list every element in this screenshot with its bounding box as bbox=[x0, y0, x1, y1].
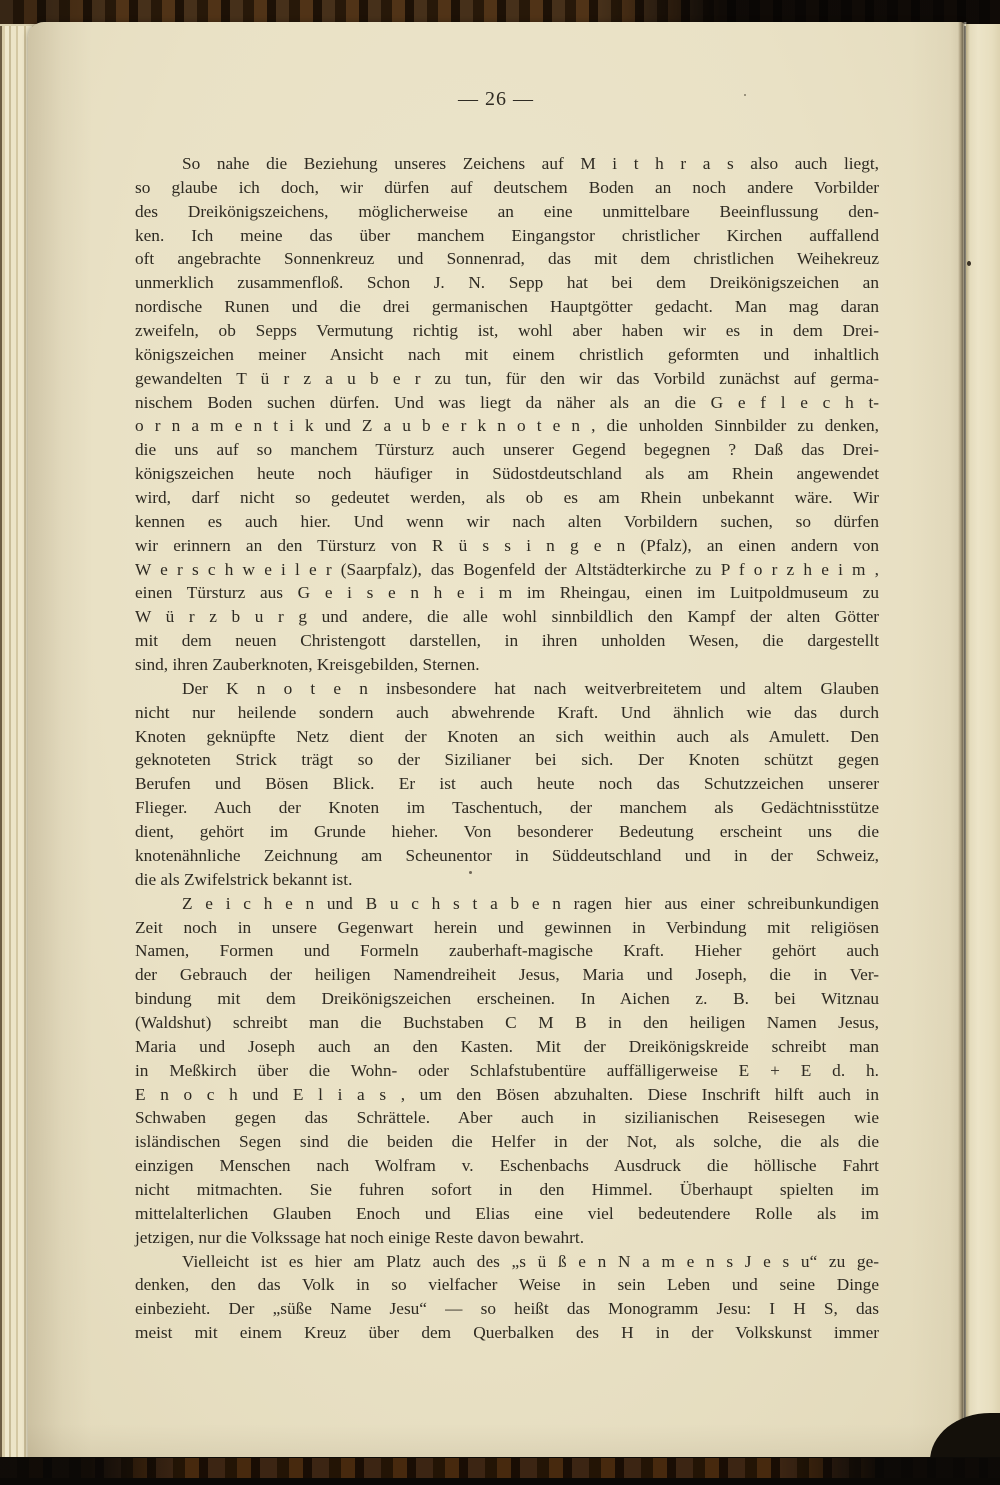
text-line: ken. Ich meine das über manchem Eingangs… bbox=[135, 224, 879, 248]
text-line: W e r s c h w e i l e r (Saarpfalz), das… bbox=[135, 558, 879, 582]
text-line: Der K n o t e n insbesondere hat nach we… bbox=[135, 677, 879, 701]
text-line: Schwaben gegen das Schrättele. Aber auch… bbox=[135, 1106, 879, 1130]
text-line: die als Zwifelstrick bekannt ist. bbox=[135, 868, 879, 892]
scanned-book-photo: — 26 — So nahe die Beziehung unseres Zei… bbox=[0, 0, 1000, 1485]
text-line: Berufen und Bösen Blick. Er ist auch heu… bbox=[135, 772, 879, 796]
text-line: Z e i c h e n und B u c h s t a b e n ra… bbox=[135, 892, 879, 916]
text-line: mit dem neuen Christengott darstellen, i… bbox=[135, 629, 879, 653]
text-line: geknoteten Strick trägt so der Siziliane… bbox=[135, 748, 879, 772]
text-line: unmerklich zusammenfloß. Schon J. N. Sep… bbox=[135, 271, 879, 295]
text-line: jetzigen, nur die Volkssage hat noch ein… bbox=[135, 1226, 879, 1250]
text-line: W ü r z b u r g und andere, die alle woh… bbox=[135, 605, 879, 629]
text-line: sind, ihren Zauberknoten, Kreisgebilden,… bbox=[135, 653, 879, 677]
text-line: knotenähnliche Zeichnung am Scheunentor … bbox=[135, 844, 879, 868]
paper-speck bbox=[967, 261, 971, 266]
text-line: des Dreikönigszeichens, möglicherweise a… bbox=[135, 200, 879, 224]
text-line: (Waldshut) schreibt man die Buchstaben C… bbox=[135, 1011, 879, 1035]
text-line: E n o c h und E l i a s , um den Bösen a… bbox=[135, 1083, 879, 1107]
text-line: Knoten geknüpfte Netz dient der Knoten a… bbox=[135, 725, 879, 749]
text-line: So nahe die Beziehung unseres Zeichens a… bbox=[135, 152, 879, 176]
text-line: nischem Boden suchen dürfen. Und was lie… bbox=[135, 391, 879, 415]
text-line: Flieger. Auch der Knoten im Taschentuch,… bbox=[135, 796, 879, 820]
text-line: bindung mit dem Dreikönigszeichen ersche… bbox=[135, 987, 879, 1011]
text-line: wird, darf nicht so gedeutet werden, als… bbox=[135, 486, 879, 510]
book-page: — 26 — So nahe die Beziehung unseres Zei… bbox=[28, 22, 964, 1464]
text-line: zweifeln, ob Sepps Vermutung richtig ist… bbox=[135, 319, 879, 343]
paper-speck bbox=[744, 94, 746, 96]
text-line: isländischen Segen sind die beiden die H… bbox=[135, 1130, 879, 1154]
text-line: einzigen Menschen nach Wolfram v. Eschen… bbox=[135, 1154, 879, 1178]
text-line: einen Türsturz aus G e i s e n h e i m i… bbox=[135, 581, 879, 605]
text-line: Maria und Joseph auch an den Kasten. Mit… bbox=[135, 1035, 879, 1059]
text-line: Namen, Formen und Formeln zauberhaft-mag… bbox=[135, 939, 879, 963]
text-line: nicht nur heilende sondern auch abwehren… bbox=[135, 701, 879, 725]
text-line: o r n a m e n t i k und Z a u b e r k n … bbox=[135, 414, 879, 438]
text-line: nicht mitmachten. Sie fuhren sofort in d… bbox=[135, 1178, 879, 1202]
text-line: dient, gehört im Grunde hieher. Von beso… bbox=[135, 820, 879, 844]
text-line: nordische Runen und die drei germanische… bbox=[135, 295, 879, 319]
text-line: meist mit einem Kreuz über dem Querbalke… bbox=[135, 1321, 879, 1345]
text-line: königszeichen heute noch häufiger in Süd… bbox=[135, 462, 879, 486]
text-line: oft angebrachte Sonnenkreuz und Sonnenra… bbox=[135, 247, 879, 271]
text-line: kennen es auch hier. Und wenn wir nach a… bbox=[135, 510, 879, 534]
paper-speck bbox=[469, 871, 472, 874]
text-line: einbezieht. Der „süße Name Jesu“ — so he… bbox=[135, 1297, 879, 1321]
text-line: so glaube ich doch, wir dürfen auf deuts… bbox=[135, 176, 879, 200]
text-block: So nahe die Beziehung unseres Zeichens a… bbox=[135, 152, 879, 1345]
page-number: — 26 — bbox=[28, 88, 964, 111]
bottom-shadow bbox=[0, 1478, 1000, 1485]
text-line: wir erinnern an den Türsturz von R ü s s… bbox=[135, 534, 879, 558]
text-line: Zeit noch in unsere Gegenwart herein und… bbox=[135, 916, 879, 940]
text-line: die uns auf so manchem Türsturz auch uns… bbox=[135, 438, 879, 462]
right-page-edge bbox=[966, 24, 1000, 1462]
text-line: königszeichen meiner Ansicht nach mit ei… bbox=[135, 343, 879, 367]
text-line: Vielleicht ist es hier am Platz auch des… bbox=[135, 1250, 879, 1274]
text-line: der Gebrauch der heiligen Namendreiheit … bbox=[135, 963, 879, 987]
text-line: mittelalterlichen Glauben Enoch und Elia… bbox=[135, 1202, 879, 1226]
text-line: gewandelten T ü r z a u b e r zu tun, fü… bbox=[135, 367, 879, 391]
text-line: denken, den das Volk in so vielfacher We… bbox=[135, 1273, 879, 1297]
text-line: in Meßkirch über die Wohn- oder Schlafst… bbox=[135, 1059, 879, 1083]
